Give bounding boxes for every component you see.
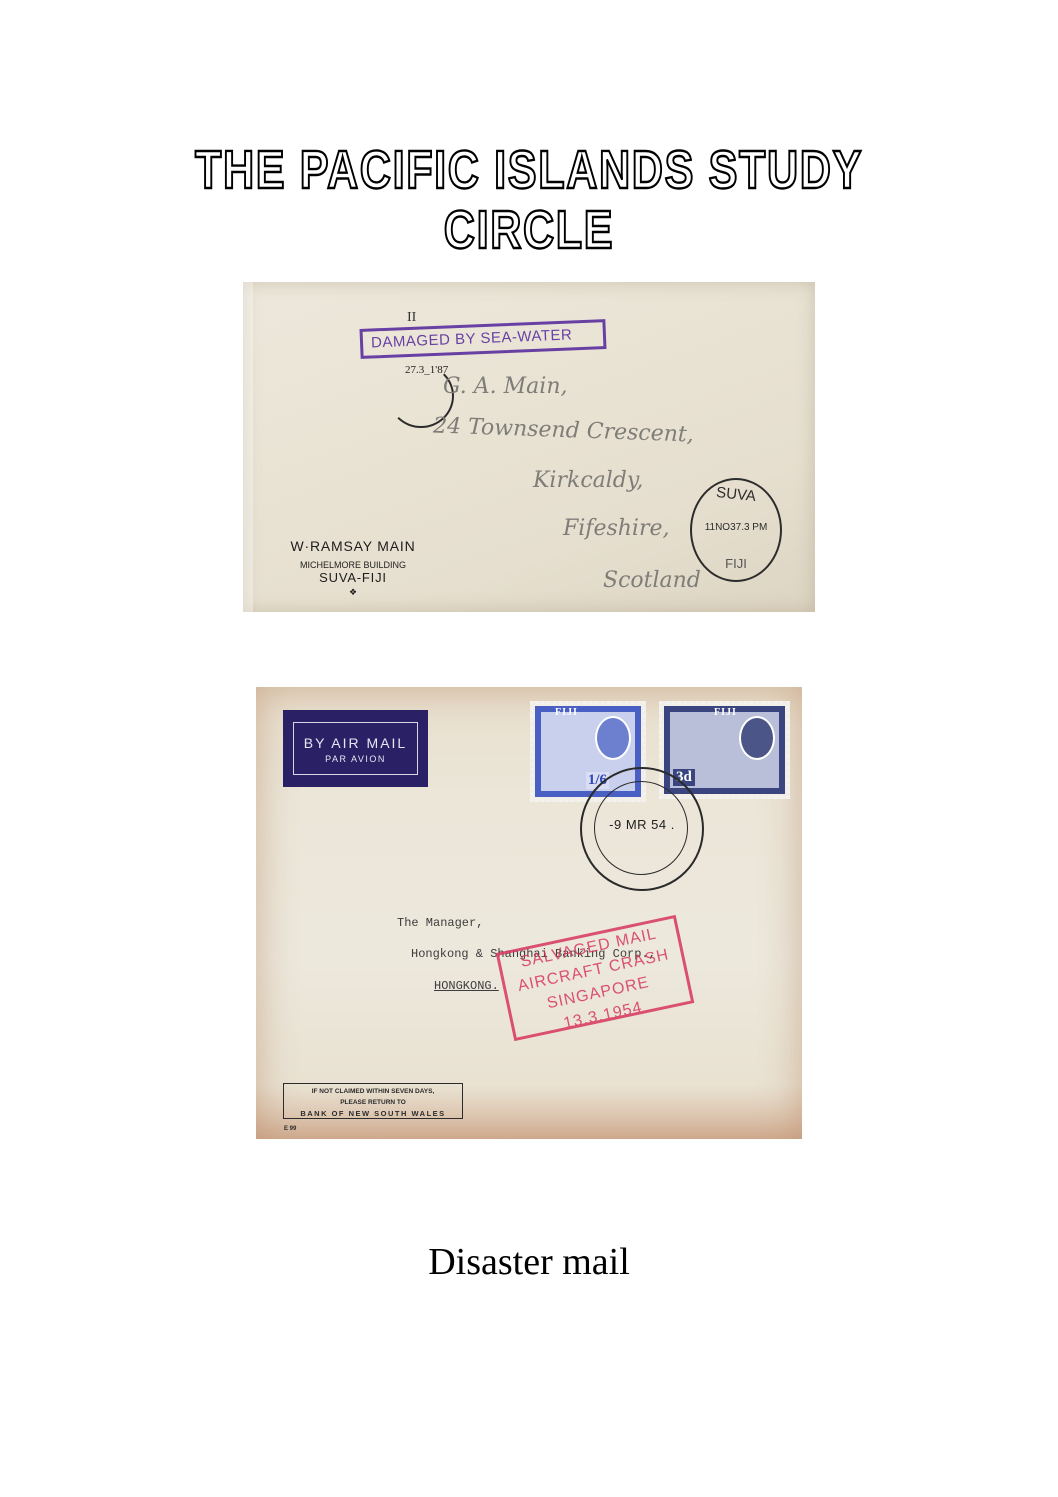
stamp-country: FIJI — [555, 707, 578, 718]
address-line: 24 Townsend Crescent, — [433, 413, 694, 447]
suva-postmark: SUVA 11NO37.3 PM FIJI — [690, 478, 782, 582]
address-line: HONGKONG. — [434, 979, 499, 993]
ornament-icon: ❖ — [273, 587, 433, 598]
sender-name: W·RAMSAY MAIN — [273, 538, 433, 554]
sender-building: MICHELMORE BUILDING — [273, 560, 433, 570]
postmark-country: FIJI — [692, 556, 780, 571]
king-portrait-icon — [595, 716, 631, 760]
return-line: BANK OF NEW SOUTH WALES — [284, 1108, 462, 1119]
damaged-by-sea-water-cachet: DAMAGED BY SEA-WATER — [359, 319, 606, 359]
return-address-box: IF NOT CLAIMED WITHIN SEVEN DAYS, PLEASE… — [283, 1083, 463, 1119]
return-line: PLEASE RETURN TO — [284, 1097, 462, 1108]
king-portrait-icon — [739, 716, 775, 760]
sender-imprint: W·RAMSAY MAIN MICHELMORE BUILDING SUVA-F… — [273, 538, 433, 598]
airmail-label-line1: BY AIR MAIL — [294, 735, 417, 751]
sender-city: SUVA-FIJI — [273, 570, 433, 585]
envelope-aircraft-crash: BY AIR MAIL PAR AVION FIJI 1/6 FIJI 3d -… — [256, 687, 802, 1139]
address-line: Kirkcaldy, — [533, 468, 643, 493]
form-code: E 99 — [284, 1126, 296, 1132]
envelope-sea-water-damaged: II DAMAGED BY SEA-WATER 27.3_1'87 G. A. … — [243, 282, 815, 612]
partial-postmark-date: 27.3_1'87 — [405, 364, 448, 376]
cachet-mark: II — [407, 310, 416, 326]
return-line: IF NOT CLAIMED WITHIN SEVEN DAYS, — [284, 1086, 462, 1097]
page-title: THE PACIFIC ISLANDS STUDY CIRCLE — [106, 140, 952, 260]
caption: Disaster mail — [0, 1240, 1058, 1284]
address-line: Fifeshire, — [563, 516, 670, 541]
address-line: G. A. Main, — [443, 374, 568, 399]
address-line: Scotland — [603, 568, 701, 593]
postmark-date: -9 MR 54 . — [582, 817, 702, 832]
salvaged-mail-cachet: SALVAGED MAIL AIRCRAFT CRASH SINGAPORE 1… — [496, 915, 695, 1041]
airmail-label-line2: PAR AVION — [294, 754, 417, 764]
postmark-date: 11NO37.3 PM — [692, 522, 780, 533]
airmail-label: BY AIR MAIL PAR AVION — [283, 710, 428, 787]
postmark-town: SUVA — [691, 481, 780, 507]
envelope-fold — [243, 282, 253, 612]
address-line: The Manager, — [397, 916, 483, 930]
stamp-country: FIJI — [714, 707, 737, 718]
fiji-postmark: -9 MR 54 . — [580, 767, 704, 891]
